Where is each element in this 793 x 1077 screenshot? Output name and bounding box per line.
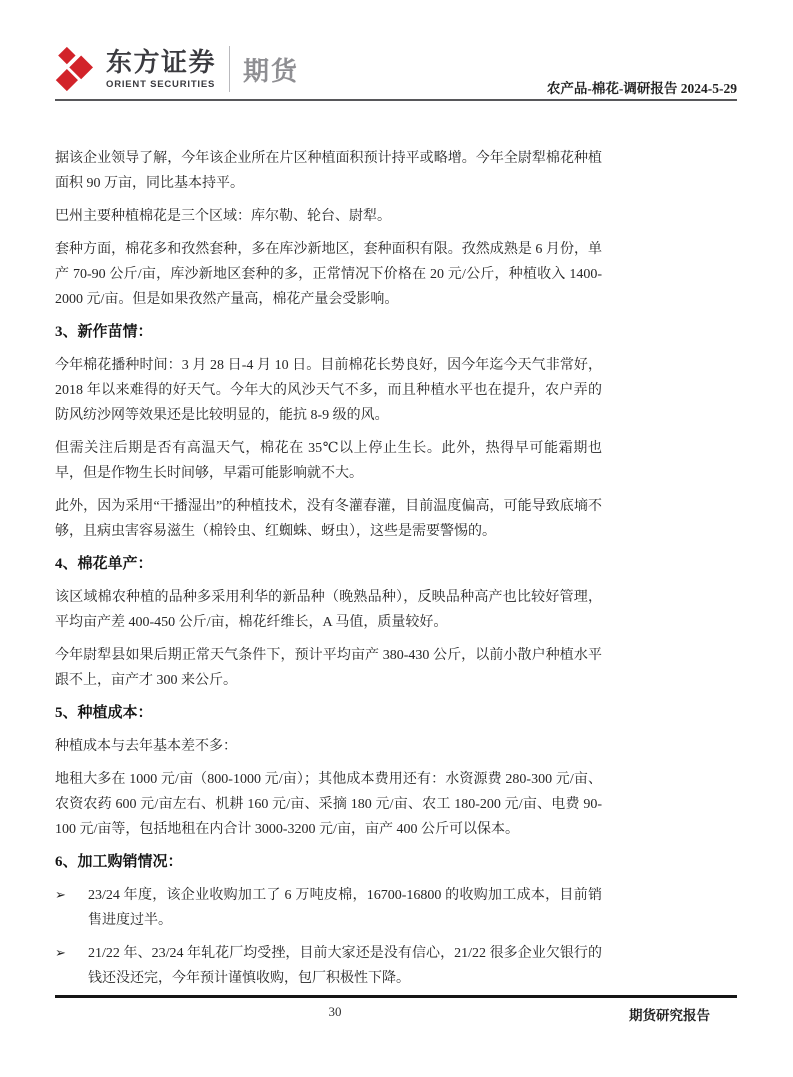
report-type-label: 期货研究报告 [629, 1004, 710, 1024]
paragraph: 但需关注后期是否有高温天气，棉花在 35℃以上停止生长。此外，热得早可能霜期也早… [55, 436, 602, 486]
report-title: 农产品-棉花-调研报告 2024-5-29 [547, 77, 737, 97]
brand-name-en: ORIENT SECURITIES [106, 79, 216, 90]
bullet-arrow-icon: ➢ [55, 941, 88, 991]
header-brand: 东方证券 ORIENT SECURITIES 期货 [55, 42, 299, 96]
section-heading: 3、新作苗情： [55, 320, 602, 345]
paragraph: 巴州主要种植棉花是三个区域：库尔勒、轮台、尉犁。 [55, 204, 602, 229]
paragraph: 今年棉花播种时间：3 月 28 日-4 月 10 日。目前棉花长势良好，因今年迄… [55, 353, 602, 428]
brand-text: 东方证券 ORIENT SECURITIES [106, 48, 216, 90]
paragraph: 今年尉犁县如果后期正常天气条件下，预计平均亩产 380-430 公斤，以前小散户… [55, 643, 602, 693]
bullet-arrow-icon: ➢ [55, 883, 88, 933]
bullet-text: 23/24 年度，该企业收购加工了 6 万吨皮棉，16700-16800 的收购… [88, 883, 602, 933]
paragraph: 据该企业领导了解，今年该企业所在片区种植面积预计持平或略增。今年全尉犁棉花种植面… [55, 146, 602, 196]
bullet-item: ➢ 23/24 年度，该企业收购加工了 6 万吨皮棉，16700-16800 的… [55, 883, 602, 933]
section-heading: 4、棉花单产： [55, 552, 602, 577]
section-heading: 5、种植成本： [55, 701, 602, 726]
paragraph: 地租大多在 1000 元/亩（800-1000 元/亩）；其他成本费用还有：水资… [55, 767, 602, 842]
paragraph: 该区域棉农种植的品种多采用利华的新品种（晚熟品种），反映品种高产也比较好管理，平… [55, 585, 602, 635]
bullet-item: ➢ 21/22 年、23/24 年轧花厂均受挫，目前大家还是没有信心，21/22… [55, 941, 602, 991]
section-heading: 6、加工购销情况： [55, 850, 602, 875]
orient-securities-logo-icon [55, 42, 93, 96]
page-number: 30 [55, 1004, 615, 1020]
brand-name-cn: 东方证券 [106, 48, 216, 76]
header-rule [55, 99, 737, 101]
brand-divider [229, 46, 230, 92]
footer-rule [55, 995, 737, 998]
bullet-text: 21/22 年、23/24 年轧花厂均受挫，目前大家还是没有信心，21/22 很… [88, 941, 602, 991]
paragraph: 种植成本与去年基本差不多： [55, 734, 602, 759]
document-body: 据该企业领导了解，今年该企业所在片区种植面积预计持平或略增。今年全尉犁棉花种植面… [55, 146, 602, 999]
paragraph: 套种方面，棉花多和孜然套种，多在库沙新地区，套种面积有限。孜然成熟是 6 月份，… [55, 237, 602, 312]
division-label: 期货 [243, 51, 299, 88]
paragraph: 此外，因为采用“干播湿出”的种植技术，没有冬灌春灌，目前温度偏高，可能导致底墒不… [55, 494, 602, 544]
